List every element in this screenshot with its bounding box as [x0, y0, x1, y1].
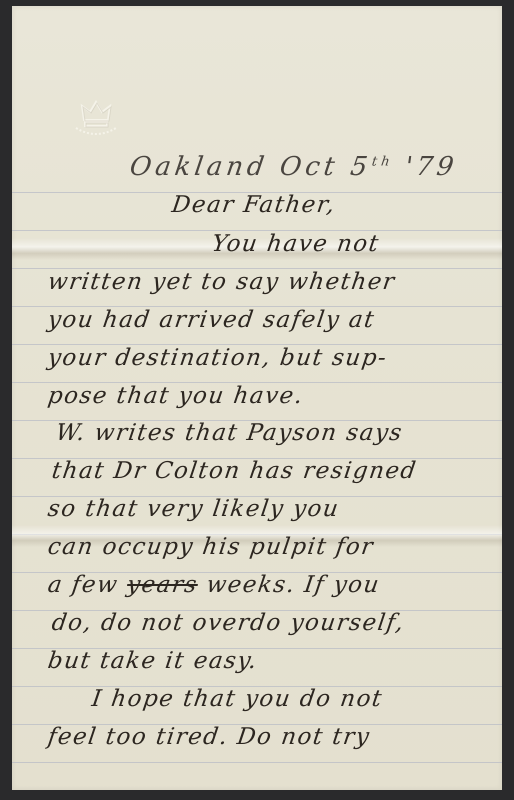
- date-year: '79: [403, 152, 459, 182]
- crown-emboss-icon: [68, 94, 124, 142]
- letter-line: you had arrived safely at: [46, 307, 377, 333]
- letter-date: Oakland Oct 5th '79: [128, 152, 460, 182]
- letter-line: You have not: [210, 231, 381, 257]
- letter-line: but take it easy.: [46, 648, 259, 674]
- letter-line: can occupy his pulpit for: [46, 534, 375, 560]
- ruled-line: [12, 762, 502, 763]
- date-month: Oct: [278, 152, 341, 182]
- letter-line: so that very likely you: [46, 496, 341, 522]
- letter-line: written yet to say whether: [46, 269, 397, 295]
- letter-line: I hope that you do not: [90, 686, 384, 712]
- salutation: Dear Father,: [170, 192, 337, 218]
- letter-line: your destination, but sup-: [46, 345, 389, 371]
- letter-page: Oakland Oct 5th '79 Dear Father, You hav…: [12, 6, 502, 790]
- line-text: a few: [46, 572, 129, 598]
- line-text: weeks. If you: [196, 572, 382, 598]
- date-place: Oakland: [128, 152, 270, 182]
- letter-line: W. writes that Payson says: [54, 420, 404, 446]
- letter-line: a few years weeks. If you: [46, 572, 382, 598]
- date-day: 5: [349, 152, 374, 182]
- letter-line: do, do not overdo yourself,: [50, 610, 406, 636]
- date-day-suffix: th: [371, 154, 395, 169]
- letter-line: feel too tired. Do not try: [46, 724, 372, 750]
- letter-line: that Dr Colton has resigned: [50, 458, 419, 484]
- struck-word: years: [125, 572, 199, 598]
- letter-line: pose that you have.: [46, 383, 305, 409]
